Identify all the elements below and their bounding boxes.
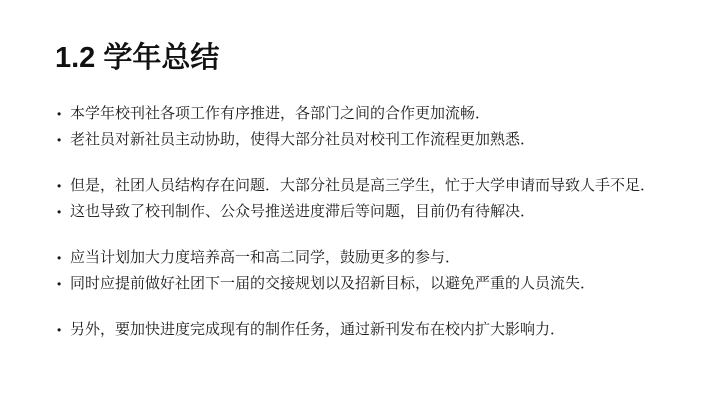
bullet-text: 本学年校刊社各项工作有序推进，各部门之间的合作更加流畅． bbox=[70, 101, 690, 127]
bullet-item: • 这也导致了校刊制作、公众号推送进度滞后等问题，目前仍有待解决． bbox=[55, 199, 690, 225]
slide-title: 1.2 学年总结 bbox=[55, 40, 690, 76]
bullet-item: • 但是，社团人员结构存在问题．大部分社员是高三学生，忙于大学申请而导致人手不足… bbox=[55, 173, 690, 199]
bullet-icon: • bbox=[55, 271, 70, 297]
bullet-item: • 本学年校刊社各项工作有序推进，各部门之间的合作更加流畅． bbox=[55, 101, 690, 127]
bullet-text: 另外，要加快进度完成现有的制作任务，通过新刊发布在校内扩大影响力． bbox=[70, 317, 690, 343]
bullet-icon: • bbox=[55, 245, 70, 271]
bullet-text: 但是，社团人员结构存在问题．大部分社员是高三学生，忙于大学申请而导致人手不足． bbox=[70, 173, 690, 199]
bullet-icon: • bbox=[55, 199, 70, 225]
bullet-text: 同时应提前做好社团下一届的交接规划以及招新目标，以避免严重的人员流失． bbox=[70, 271, 690, 297]
bullet-group-problems: • 但是，社团人员结构存在问题．大部分社员是高三学生，忙于大学申请而导致人手不足… bbox=[55, 173, 690, 225]
bullet-item: • 应当计划加大力度培养高一和高二同学，鼓励更多的参与． bbox=[55, 245, 690, 271]
slide: 1.2 学年总结 • 本学年校刊社各项工作有序推进，各部门之间的合作更加流畅． … bbox=[0, 0, 720, 405]
bullet-icon: • bbox=[55, 101, 70, 127]
bullet-group-outlook: • 另外，要加快进度完成现有的制作任务，通过新刊发布在校内扩大影响力． bbox=[55, 317, 690, 343]
bullet-icon: • bbox=[55, 173, 70, 199]
bullet-group-progress: • 本学年校刊社各项工作有序推进，各部门之间的合作更加流畅． • 老社员对新社员… bbox=[55, 101, 690, 153]
bullet-text: 应当计划加大力度培养高一和高二同学，鼓励更多的参与． bbox=[70, 245, 690, 271]
bullet-item: • 同时应提前做好社团下一届的交接规划以及招新目标，以避免严重的人员流失． bbox=[55, 271, 690, 297]
bullet-item: • 老社员对新社员主动协助，使得大部分社员对校刊工作流程更加熟悉． bbox=[55, 127, 690, 153]
bullet-text: 这也导致了校刊制作、公众号推送进度滞后等问题，目前仍有待解决． bbox=[70, 199, 690, 225]
bullet-item: • 另外，要加快进度完成现有的制作任务，通过新刊发布在校内扩大影响力． bbox=[55, 317, 690, 343]
bullet-text: 老社员对新社员主动协助，使得大部分社员对校刊工作流程更加熟悉． bbox=[70, 127, 690, 153]
bullet-group-plans: • 应当计划加大力度培养高一和高二同学，鼓励更多的参与． • 同时应提前做好社团… bbox=[55, 245, 690, 297]
bullet-icon: • bbox=[55, 127, 70, 153]
bullet-icon: • bbox=[55, 317, 70, 343]
